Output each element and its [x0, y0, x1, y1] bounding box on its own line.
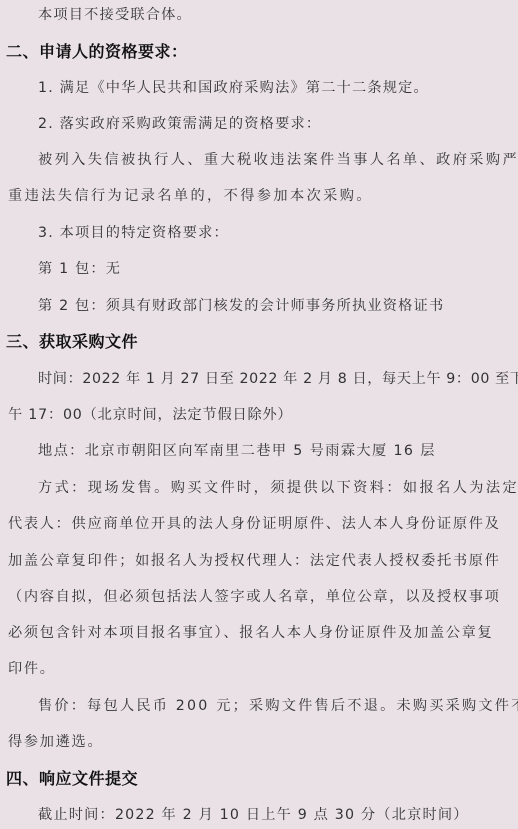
requirement-2-detail-line-2: 重违法失信行为记录名单的，不得参加本次采购。 [0, 184, 518, 208]
submission-deadline: 截止时间：2022 年 2 月 10 日上午 9 点 30 分（北京时间） [0, 803, 518, 827]
intro-paragraph: 本项目不接受联合体。 [0, 3, 518, 27]
price-line-2: 得参加遴选。 [0, 730, 518, 754]
requirement-2-detail-line-1: 被列入失信被执行人、重大税收违法案件当事人名单、政府采购严 [0, 148, 518, 172]
package-2-requirement: 第 2 包：须具有财政部门核发的会计师事务所执业资格证书 [0, 294, 518, 318]
section-2-heading: 二、申请人的资格要求： [0, 40, 518, 64]
acquisition-time-line-2: 午 17：00（北京时间，法定节假日除外） [0, 403, 518, 427]
acquisition-method-line-4: （内容自拟，但必须包括法人签字或人名章，单位公章，以及授权事项 [0, 585, 518, 609]
package-1-requirement: 第 1 包：无 [0, 257, 518, 281]
price-line-1: 售价：每包人民币 200 元；采购文件售后不退。未购买采购文件不 [0, 694, 518, 718]
acquisition-method-line-5: 必须包含针对本项目报名事宜）、报名人本人身份证原件及加盖公章复 [0, 621, 518, 645]
section-4-heading: 四、响应文件提交 [0, 767, 518, 791]
acquisition-method-line-6: 印件。 [0, 657, 518, 681]
acquisition-method-line-3: 加盖公章复印件；如报名人为授权代理人：法定代表人授权委托书原件 [0, 549, 518, 573]
acquisition-location: 地点：北京市朝阳区向军南里二巷甲 5 号雨霖大厦 16 层 [0, 439, 518, 463]
acquisition-method-line-1: 方式：现场发售。购买文件时，须提供以下资料：如报名人为法定 [0, 476, 518, 500]
requirement-1: 1. 满足《中华人民共和国政府采购法》第二十二条规定。 [0, 76, 518, 100]
acquisition-time-line-1: 时间：2022 年 1 月 27 日至 2022 年 2 月 8 日，每天上午 … [0, 367, 518, 391]
requirement-2: 2. 落实政府采购政策需满足的资格要求： [0, 112, 518, 136]
section-3-heading: 三、获取采购文件 [0, 330, 518, 354]
requirement-3: 3. 本项目的特定资格要求： [0, 221, 518, 245]
document-page: 本项目不接受联合体。 二、申请人的资格要求： 1. 满足《中华人民共和国政府采购… [0, 0, 518, 829]
acquisition-method-line-2: 代表人：供应商单位开具的法人身份证明原件、法人本人身份证原件及 [0, 512, 518, 536]
